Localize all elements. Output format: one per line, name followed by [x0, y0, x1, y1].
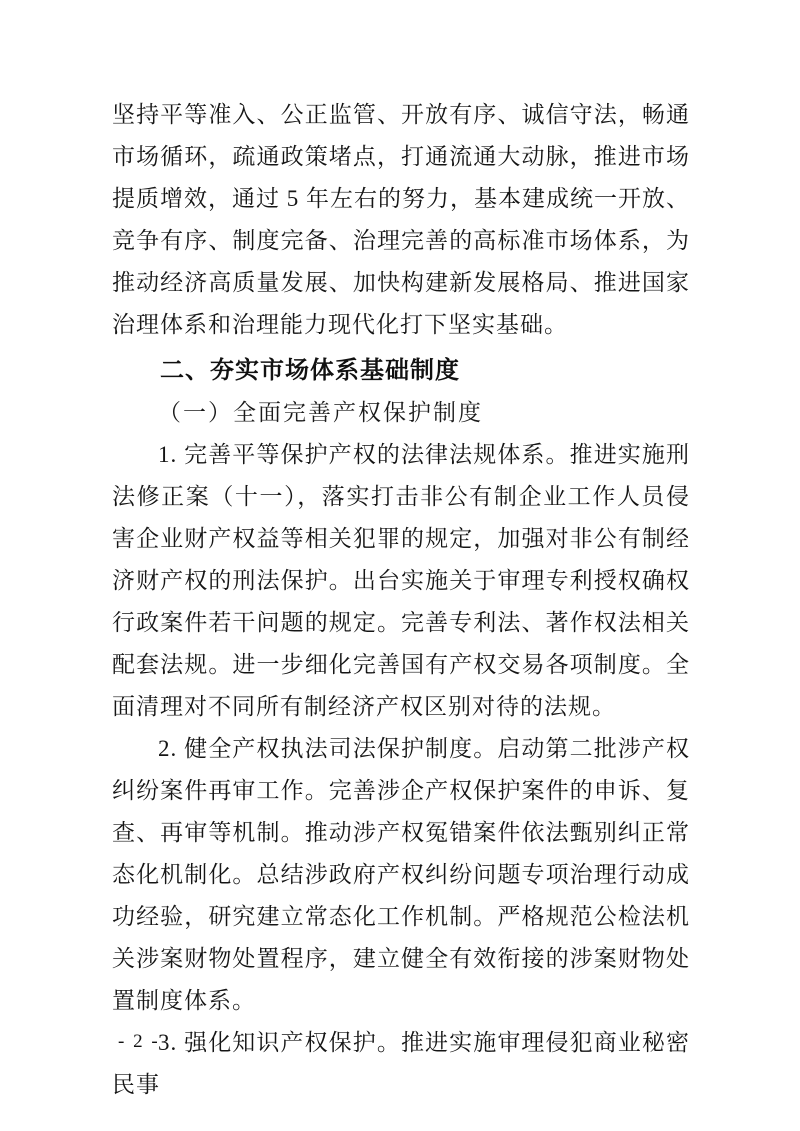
intro-paragraph: 坚持平等准入、公正监管、开放有序、诚信守法，畅通市场循环，疏通政策堵点，打通流通… — [112, 94, 690, 346]
numbered-paragraph-2: 2. 健全产权执法司法保护制度。启动第二批涉产权纠纷案件再审工作。完善涉企产权保… — [112, 728, 690, 1022]
document-page: 坚持平等准入、公正监管、开放有序、诚信守法，畅通市场循环，疏通政策堵点，打通流通… — [0, 0, 800, 1131]
subsection-heading: （一）全面完善产权保护制度 — [112, 392, 690, 434]
section-heading: 二、夯实市场体系基础制度 — [112, 350, 690, 392]
numbered-paragraph-3: 3. 强化知识产权保护。推进实施审理侵犯商业秘密民事 — [112, 1022, 690, 1106]
numbered-paragraph-1: 1. 完善平等保护产权的法律法规体系。推进实施刑法修正案（十一），落实打击非公有… — [112, 434, 690, 728]
page-number: - 2 - — [118, 1031, 160, 1053]
document-body: 坚持平等准入、公正监管、开放有序、诚信守法，畅通市场循环，疏通政策堵点，打通流通… — [112, 94, 690, 1106]
